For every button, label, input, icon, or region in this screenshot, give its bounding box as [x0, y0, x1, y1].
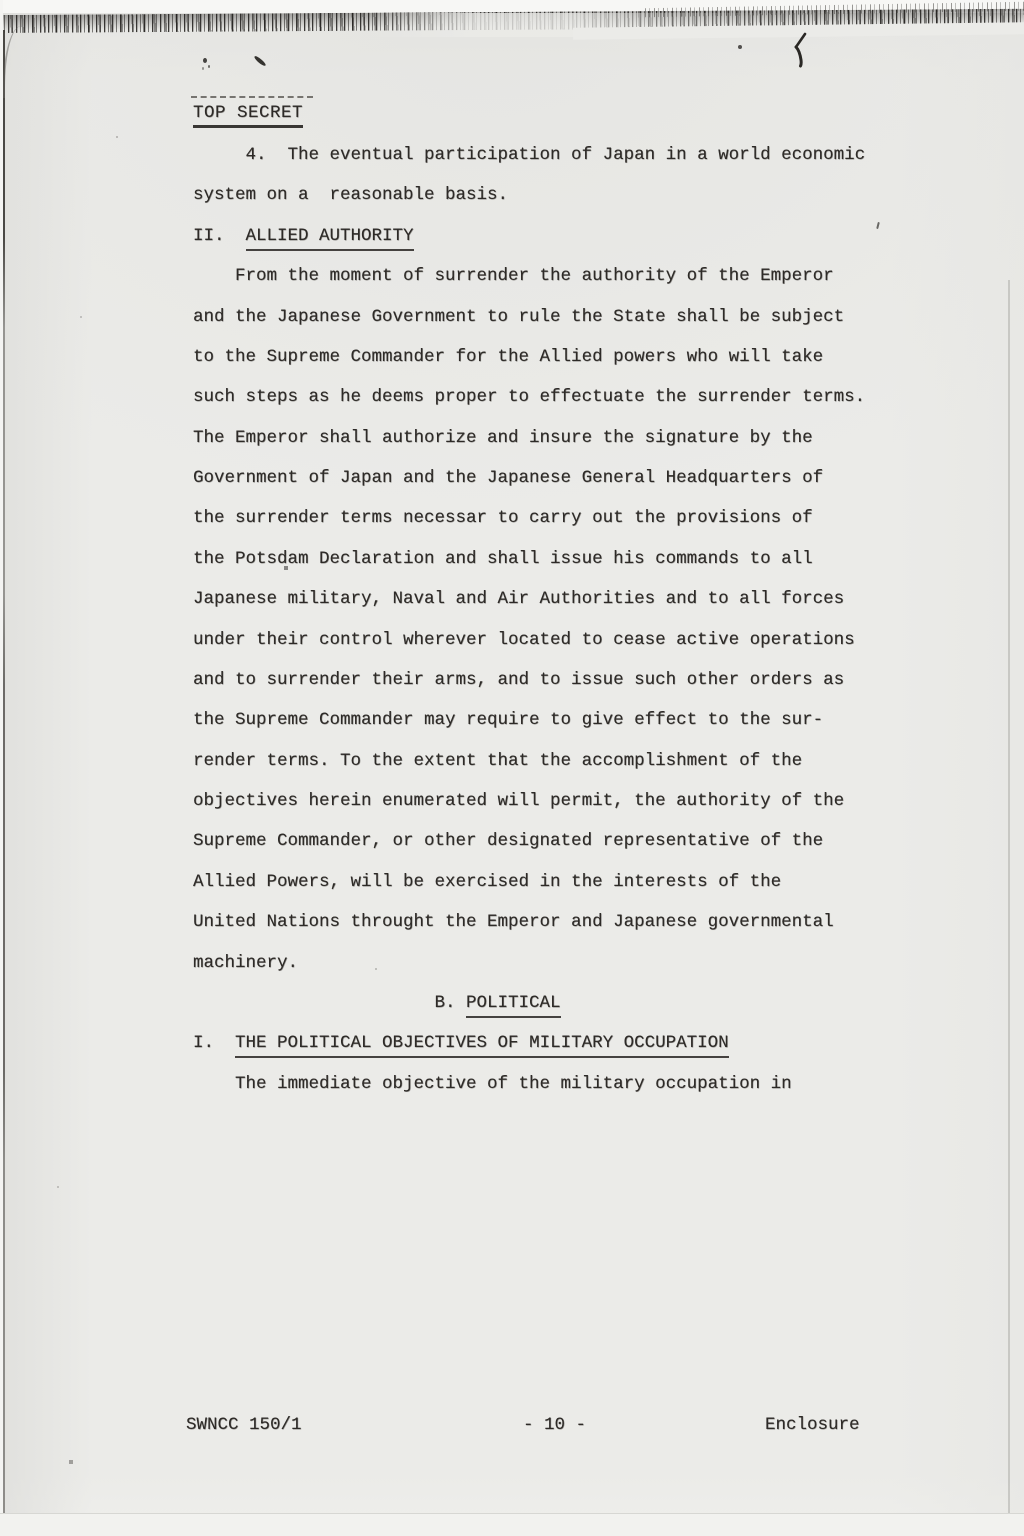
- ink-mark: [738, 45, 742, 49]
- ink-mark: [203, 58, 207, 63]
- classification-stamp: TOP SECRET: [193, 103, 303, 123]
- footer-page-number: - 10 -: [523, 1415, 586, 1435]
- text-line: I. THE POLITICAL OBJECTIVES OF MILITARY …: [193, 1023, 994, 1063]
- text-segment: under their control wherever located to …: [193, 630, 855, 650]
- scan-specks: [0, 0, 2, 2]
- text-segment: such steps as he deems proper to effectu…: [193, 387, 865, 407]
- underlined-heading: THE POLITICAL OBJECTIVES OF MILITARY OCC…: [235, 1033, 729, 1058]
- page-right-edge-line: [1008, 280, 1010, 1536]
- text-segment: I.: [193, 1033, 235, 1053]
- text-line: B. POLITICAL: [193, 983, 994, 1023]
- footer-document-number: SWNCC 150/1: [186, 1415, 302, 1435]
- text-line: render terms. To the extent that the acc…: [193, 741, 994, 781]
- text-segment: B.: [193, 993, 466, 1013]
- text-segment: Allied Powers, will be exercised in the …: [193, 872, 781, 892]
- text-segment: Government of Japan and the Japanese Gen…: [193, 468, 823, 488]
- page-left-edge-line: [3, 30, 5, 1518]
- text-segment: 4. The eventual participation of Japan i…: [193, 145, 865, 165]
- text-segment: objectives herein enumerated will permit…: [193, 791, 844, 811]
- text-line: and to surrender their arms, and to issu…: [193, 660, 994, 700]
- text-line: United Nations throught the Emperor and …: [193, 902, 994, 942]
- text-segment: system on a reasonable basis.: [193, 185, 508, 205]
- text-line: such steps as he deems proper to effectu…: [193, 377, 994, 417]
- text-segment: to the Supreme Commander for the Allied …: [193, 347, 823, 367]
- text-line: The immediate objective of the military …: [193, 1064, 994, 1104]
- text-line: and the Japanese Government to rule the …: [193, 297, 994, 337]
- text-segment: United Nations throught the Emperor and …: [193, 912, 834, 932]
- classification-text: TOP SECRET: [193, 103, 303, 128]
- text-segment: Japanese military, Naval and Air Authori…: [193, 589, 844, 609]
- text-segment: the surrender terms necessar to carry ou…: [193, 508, 813, 528]
- text-line: From the moment of surrender the authori…: [193, 256, 994, 296]
- text-segment: The Emperor shall authorize and insure t…: [193, 428, 813, 448]
- text-line: under their control wherever located to …: [193, 620, 994, 660]
- underlined-heading: POLITICAL: [466, 993, 561, 1018]
- text-line: machinery.: [193, 943, 994, 983]
- underlined-heading: ALLIED AUTHORITY: [246, 226, 414, 251]
- page-footer: SWNCC 150/1 - 10 - Enclosure: [0, 1415, 1024, 1443]
- text-segment: and to surrender their arms, and to issu…: [193, 670, 844, 690]
- text-segment: render terms. To the extent that the acc…: [193, 751, 802, 771]
- text-line: 4. The eventual participation of Japan i…: [193, 135, 994, 175]
- text-line: objectives herein enumerated will permit…: [193, 781, 994, 821]
- text-segment: Supreme Commander, or other designated r…: [193, 831, 823, 851]
- text-line: Supreme Commander, or other designated r…: [193, 821, 994, 861]
- text-segment: machinery.: [193, 953, 298, 973]
- text-line: The Emperor shall authorize and insure t…: [193, 418, 994, 458]
- text-line: the Supreme Commander may require to giv…: [193, 700, 994, 740]
- text-line: the Potsdam Declaration and shall issue …: [193, 539, 994, 579]
- scanned-document-page: TOP SECRET 4. The eventual participation…: [0, 0, 1024, 1536]
- text-line: to the Supreme Commander for the Allied …: [193, 337, 994, 377]
- text-line: Allied Powers, will be exercised in the …: [193, 862, 994, 902]
- text-line: Japanese military, Naval and Air Authori…: [193, 579, 994, 619]
- footer-enclosure-label: Enclosure: [765, 1415, 860, 1435]
- scan-bottom-margin: [0, 1513, 1024, 1536]
- text-segment: The immediate objective of the military …: [193, 1074, 792, 1094]
- text-line: Government of Japan and the Japanese Gen…: [193, 458, 994, 498]
- text-segment: II.: [193, 226, 246, 246]
- text-segment: and the Japanese Government to rule the …: [193, 307, 844, 327]
- text-line: system on a reasonable basis.: [193, 175, 994, 215]
- strikeout-dashes: [191, 96, 313, 98]
- text-line: II. ALLIED AUTHORITY: [193, 216, 994, 256]
- ink-mark: [788, 32, 812, 73]
- text-line: the surrender terms necessar to carry ou…: [193, 498, 994, 538]
- document-body: 4. The eventual participation of Japan i…: [193, 135, 994, 1104]
- text-segment: From the moment of surrender the authori…: [193, 266, 834, 286]
- ink-mark: [253, 55, 266, 67]
- text-segment: the Potsdam Declaration and shall issue …: [193, 549, 813, 569]
- text-segment: the Supreme Commander may require to giv…: [193, 710, 823, 730]
